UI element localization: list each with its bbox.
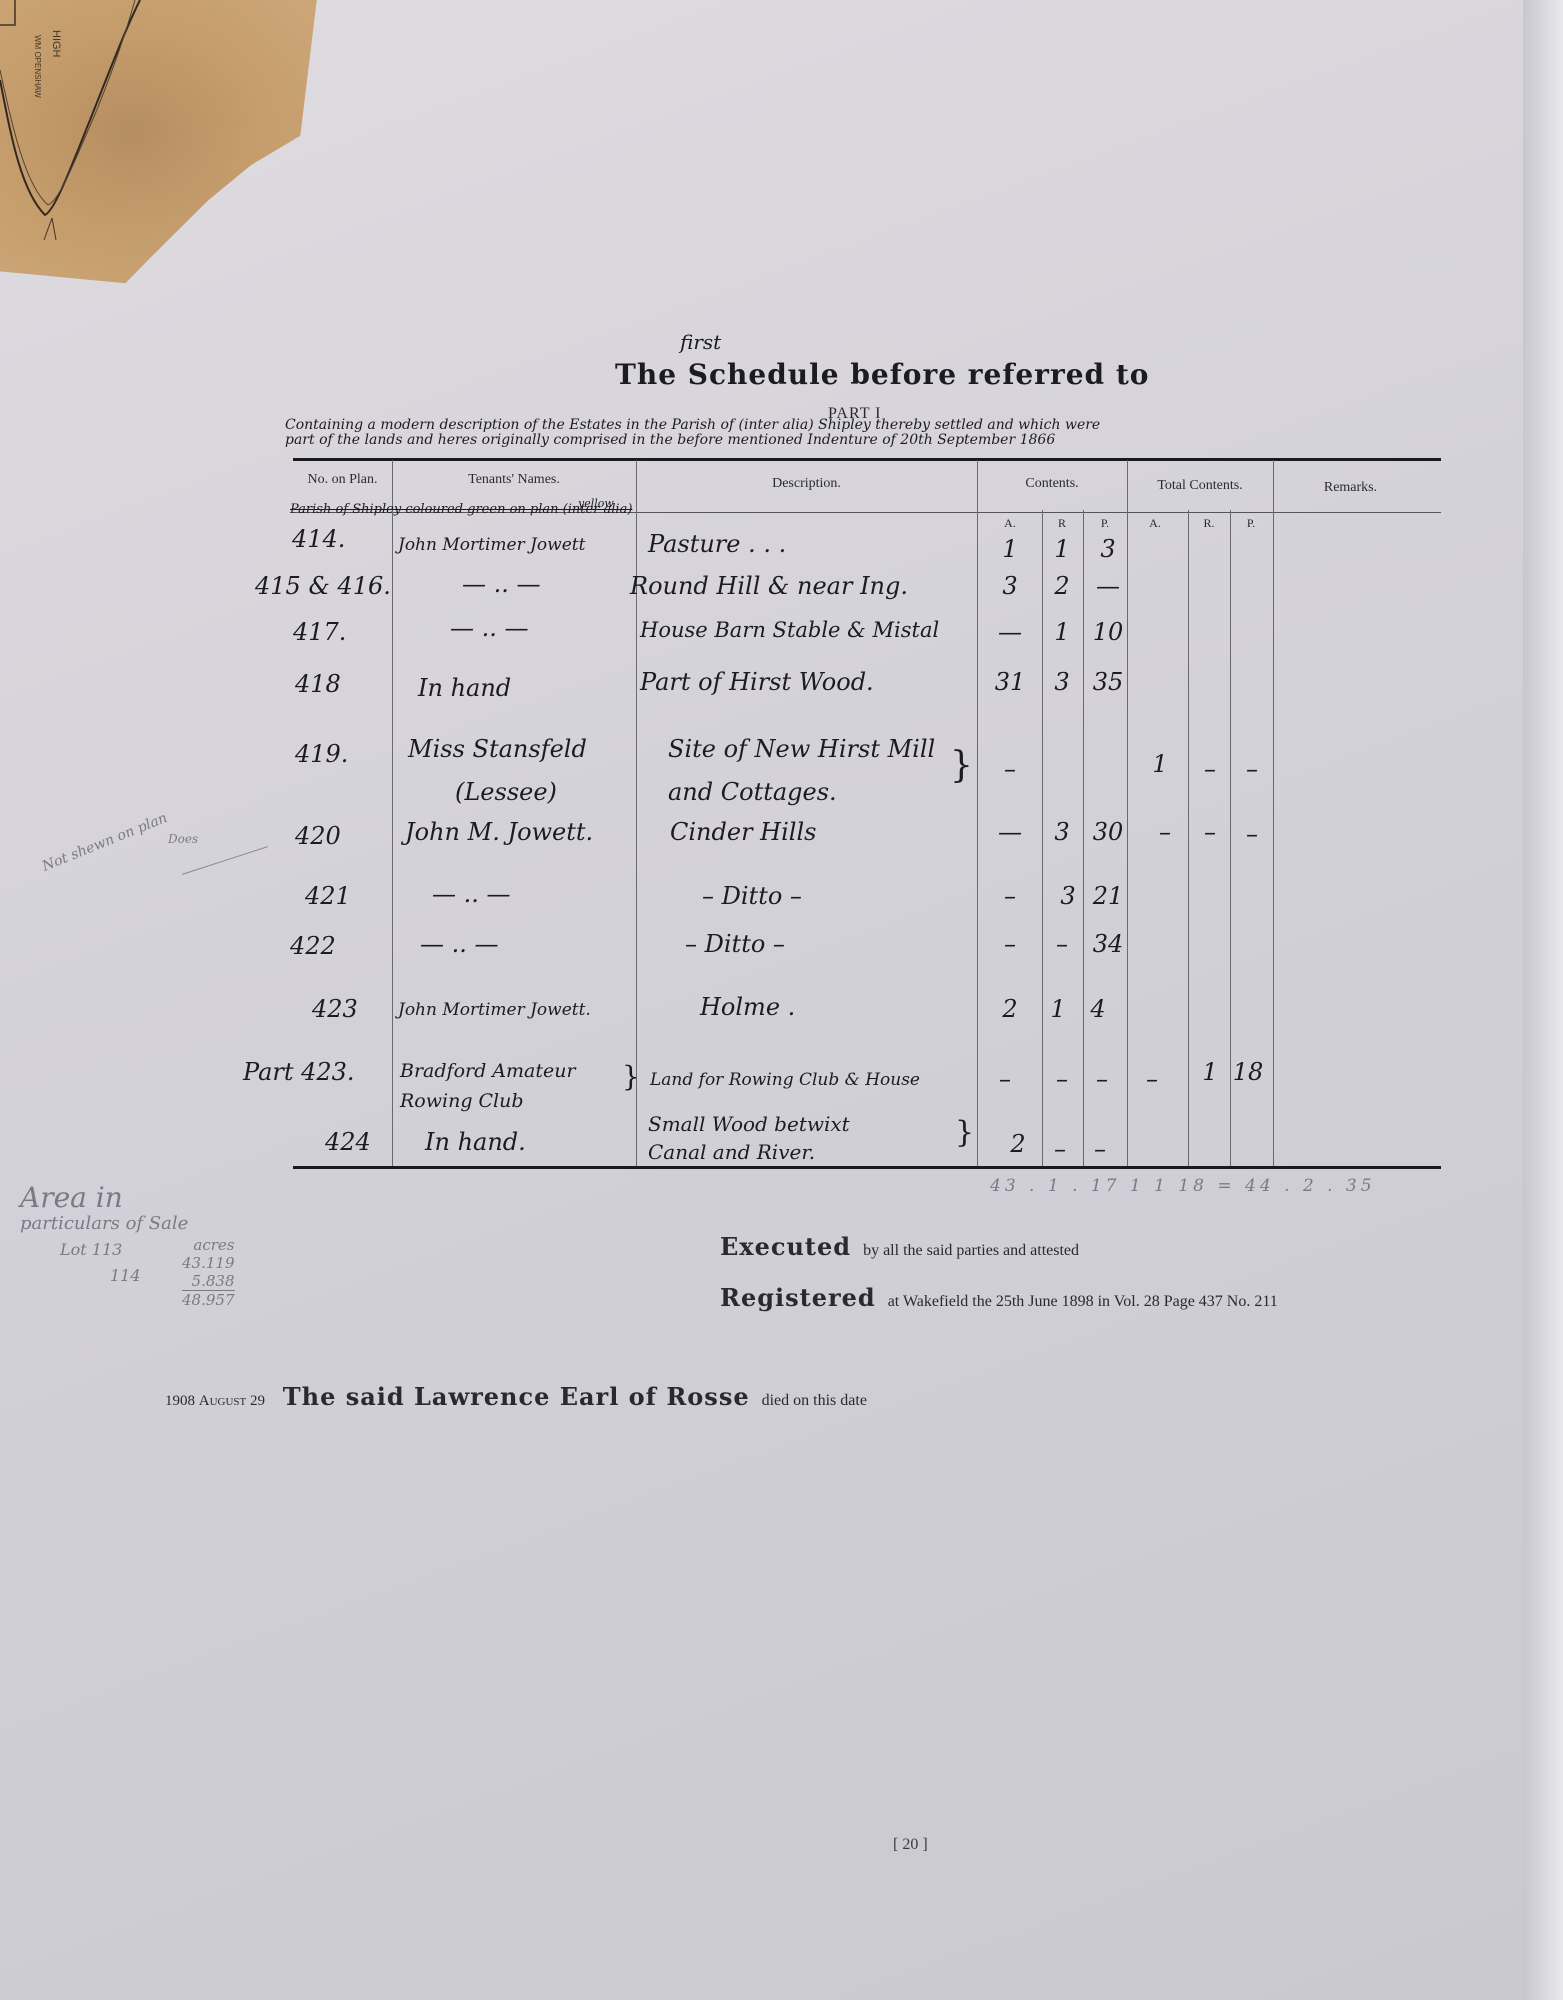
acres: – — [990, 930, 1030, 958]
containing-line: part of the lands and heres originally c… — [285, 433, 1475, 448]
acres: – — [990, 755, 1030, 783]
tenant-name: John M. Jowett. — [405, 818, 593, 846]
perches: 21 — [1088, 882, 1128, 910]
brace-icon: } — [950, 745, 973, 786]
header-no-on-plan: No. on Plan. — [293, 472, 392, 488]
column-divider — [1188, 510, 1189, 1166]
containing-line: Containing a modern description of the E… — [285, 418, 1475, 433]
roods: 1 — [1042, 618, 1082, 646]
acres: 2 — [990, 995, 1030, 1023]
subheader-roods: R — [1047, 516, 1077, 531]
column-divider — [1273, 460, 1274, 1166]
perches: — — [1088, 572, 1128, 600]
roods: 1 — [1038, 995, 1078, 1023]
roods: – — [1042, 1065, 1082, 1093]
acres: — — [990, 618, 1030, 646]
header-contents: Contents. — [977, 476, 1127, 492]
total-perches: – — [1232, 820, 1272, 848]
tenant-name: John Mortimer Jowett — [398, 535, 585, 555]
description-line-2: and Cottages. — [668, 778, 837, 806]
column-divider — [392, 460, 393, 1166]
description: – Ditto – — [685, 930, 785, 958]
tenant-name: — .. — — [462, 570, 541, 598]
registered-text: at Wakefield the 25th June 1898 in Vol. … — [888, 1293, 1278, 1310]
total-roods: 1 — [1190, 1058, 1230, 1086]
title-insert: first — [680, 330, 721, 354]
perches: 3 — [1088, 535, 1128, 563]
tenant-name: — .. — — [450, 614, 529, 642]
perches: – — [1080, 1135, 1120, 1163]
tenant-name-line-2: Rowing Club — [400, 1090, 524, 1112]
description: Site of New Hirst Mill — [668, 735, 935, 763]
description: Land for Rowing Club & House — [650, 1070, 920, 1090]
perches: 34 — [1088, 930, 1128, 958]
total-acres: 1 — [1140, 750, 1180, 778]
margin-note-area: Area in particulars of Sale Lot 113 114 — [20, 1185, 188, 1289]
brace-icon: } — [622, 1060, 640, 1093]
header-total-contents: Total Contents. — [1127, 478, 1273, 494]
acres: 2 — [998, 1130, 1038, 1158]
pencil-totals: 43 . 1 . 17 1 1 18 = 44 . 2 . 35 — [990, 1176, 1376, 1196]
header-tenants-names: Tenants' Names. — [392, 472, 636, 488]
roods: 3 — [1048, 882, 1088, 910]
description: Cinder Hills — [670, 818, 816, 846]
perches: 10 — [1088, 618, 1128, 646]
margin-note-insert: Does — [168, 832, 198, 846]
containing-description: Containing a modern description of the E… — [285, 418, 1475, 448]
plan-number: 423 — [312, 995, 358, 1023]
death-statement: 1908 August 29 The said Lawrence Earl of… — [165, 1382, 867, 1411]
page-edge-shadow — [1523, 0, 1563, 2000]
plan-number: 414. — [292, 525, 345, 553]
description: – Ditto – — [702, 882, 802, 910]
subheader-total-acres: A. — [1140, 516, 1170, 531]
margin-note-area-figures: acres 43.119 5.838 48.957 — [182, 1236, 235, 1309]
map-label: HIGH — [50, 30, 62, 58]
description-line-2: Canal and River. — [648, 1140, 815, 1164]
tenant-name: — .. — — [432, 880, 511, 908]
plan-number: 424 — [325, 1128, 371, 1156]
total-perches: 18 — [1228, 1058, 1268, 1086]
tenant-name: Miss Stansfeld — [408, 735, 587, 763]
brace-icon: } — [955, 1115, 974, 1150]
header-remarks: Remarks. — [1273, 480, 1428, 496]
perches: 4 — [1078, 995, 1118, 1023]
roods: 1 — [1042, 535, 1082, 563]
tenant-name: Bradford Amateur — [400, 1060, 576, 1082]
perches: 35 — [1088, 668, 1128, 696]
description: Part of Hirst Wood. — [640, 668, 874, 696]
death-statement-label: The said Lawrence Earl of Rosse — [283, 1382, 750, 1411]
registered-statement: Registered at Wakefield the 25th June 18… — [720, 1283, 1278, 1312]
subheader-acres: A. — [995, 516, 1025, 531]
perches: – — [1082, 1065, 1122, 1093]
roods: 3 — [1042, 668, 1082, 696]
plan-number: 421 — [305, 882, 351, 910]
description: Holme . — [700, 993, 795, 1021]
plan-number: 418 — [295, 670, 341, 698]
roods: – — [1042, 930, 1082, 958]
tenant-name: — .. — — [420, 930, 499, 958]
roods: 2 — [1042, 572, 1082, 600]
registered-label: Registered — [720, 1283, 876, 1312]
table-bottom-rule — [293, 1166, 1441, 1169]
tenant-name: In hand. — [425, 1128, 526, 1156]
page-number: [ 20 ] — [893, 1836, 928, 1854]
column-divider — [1127, 460, 1128, 1166]
description: Pasture . . . — [648, 530, 786, 558]
table-top-rule — [293, 458, 1441, 461]
plan-number: 420 — [295, 822, 341, 850]
subheader-total-roods: R. — [1194, 516, 1224, 531]
roods: – — [1040, 1135, 1080, 1163]
page-title: The Schedule before referred to — [615, 358, 1149, 391]
plan-number: 415 & 416. — [255, 572, 391, 600]
executed-text: by all the said parties and attested — [863, 1242, 1079, 1259]
tenant-name: John Mortimer Jowett. — [398, 1000, 591, 1020]
executed-label: Executed — [720, 1232, 851, 1261]
plan-number: 422 — [290, 932, 336, 960]
subheader-total-perches: P. — [1236, 516, 1266, 531]
total-acres: – — [1132, 1065, 1172, 1093]
perches: 30 — [1088, 818, 1128, 846]
total-roods: – — [1190, 818, 1230, 846]
total-acres: – — [1145, 818, 1185, 846]
total-roods: – — [1190, 755, 1230, 783]
header-description: Description. — [636, 476, 977, 492]
death-statement-text: died on this date — [762, 1392, 867, 1409]
acres: 1 — [990, 535, 1030, 563]
description: Round Hill & near Ing. — [630, 572, 908, 600]
tenant-name-line-2: (Lessee) — [455, 778, 557, 806]
roods: 3 — [1042, 818, 1082, 846]
acres: – — [990, 882, 1030, 910]
acres: – — [985, 1065, 1025, 1093]
parish-note-insert: yellow — [578, 497, 614, 510]
acres: — — [990, 818, 1030, 846]
column-divider — [977, 460, 978, 1166]
acres: 3 — [990, 572, 1030, 600]
description: House Barn Stable & Mistal — [640, 618, 939, 642]
tenant-name: In hand — [418, 674, 511, 702]
description: Small Wood betwixt — [648, 1112, 850, 1136]
map-label: WM OPENSHAW — [33, 35, 42, 98]
acres: 31 — [990, 668, 1030, 696]
death-date: 1908 August 29 — [165, 1393, 269, 1409]
total-perches: – — [1232, 755, 1272, 783]
subheader-perches: P. — [1090, 516, 1120, 531]
plan-number: 417. — [293, 618, 346, 646]
plan-number: 419. — [295, 740, 348, 768]
executed-statement: Executed by all the said parties and att… — [720, 1232, 1079, 1261]
plan-number: Part 423. — [243, 1058, 355, 1086]
